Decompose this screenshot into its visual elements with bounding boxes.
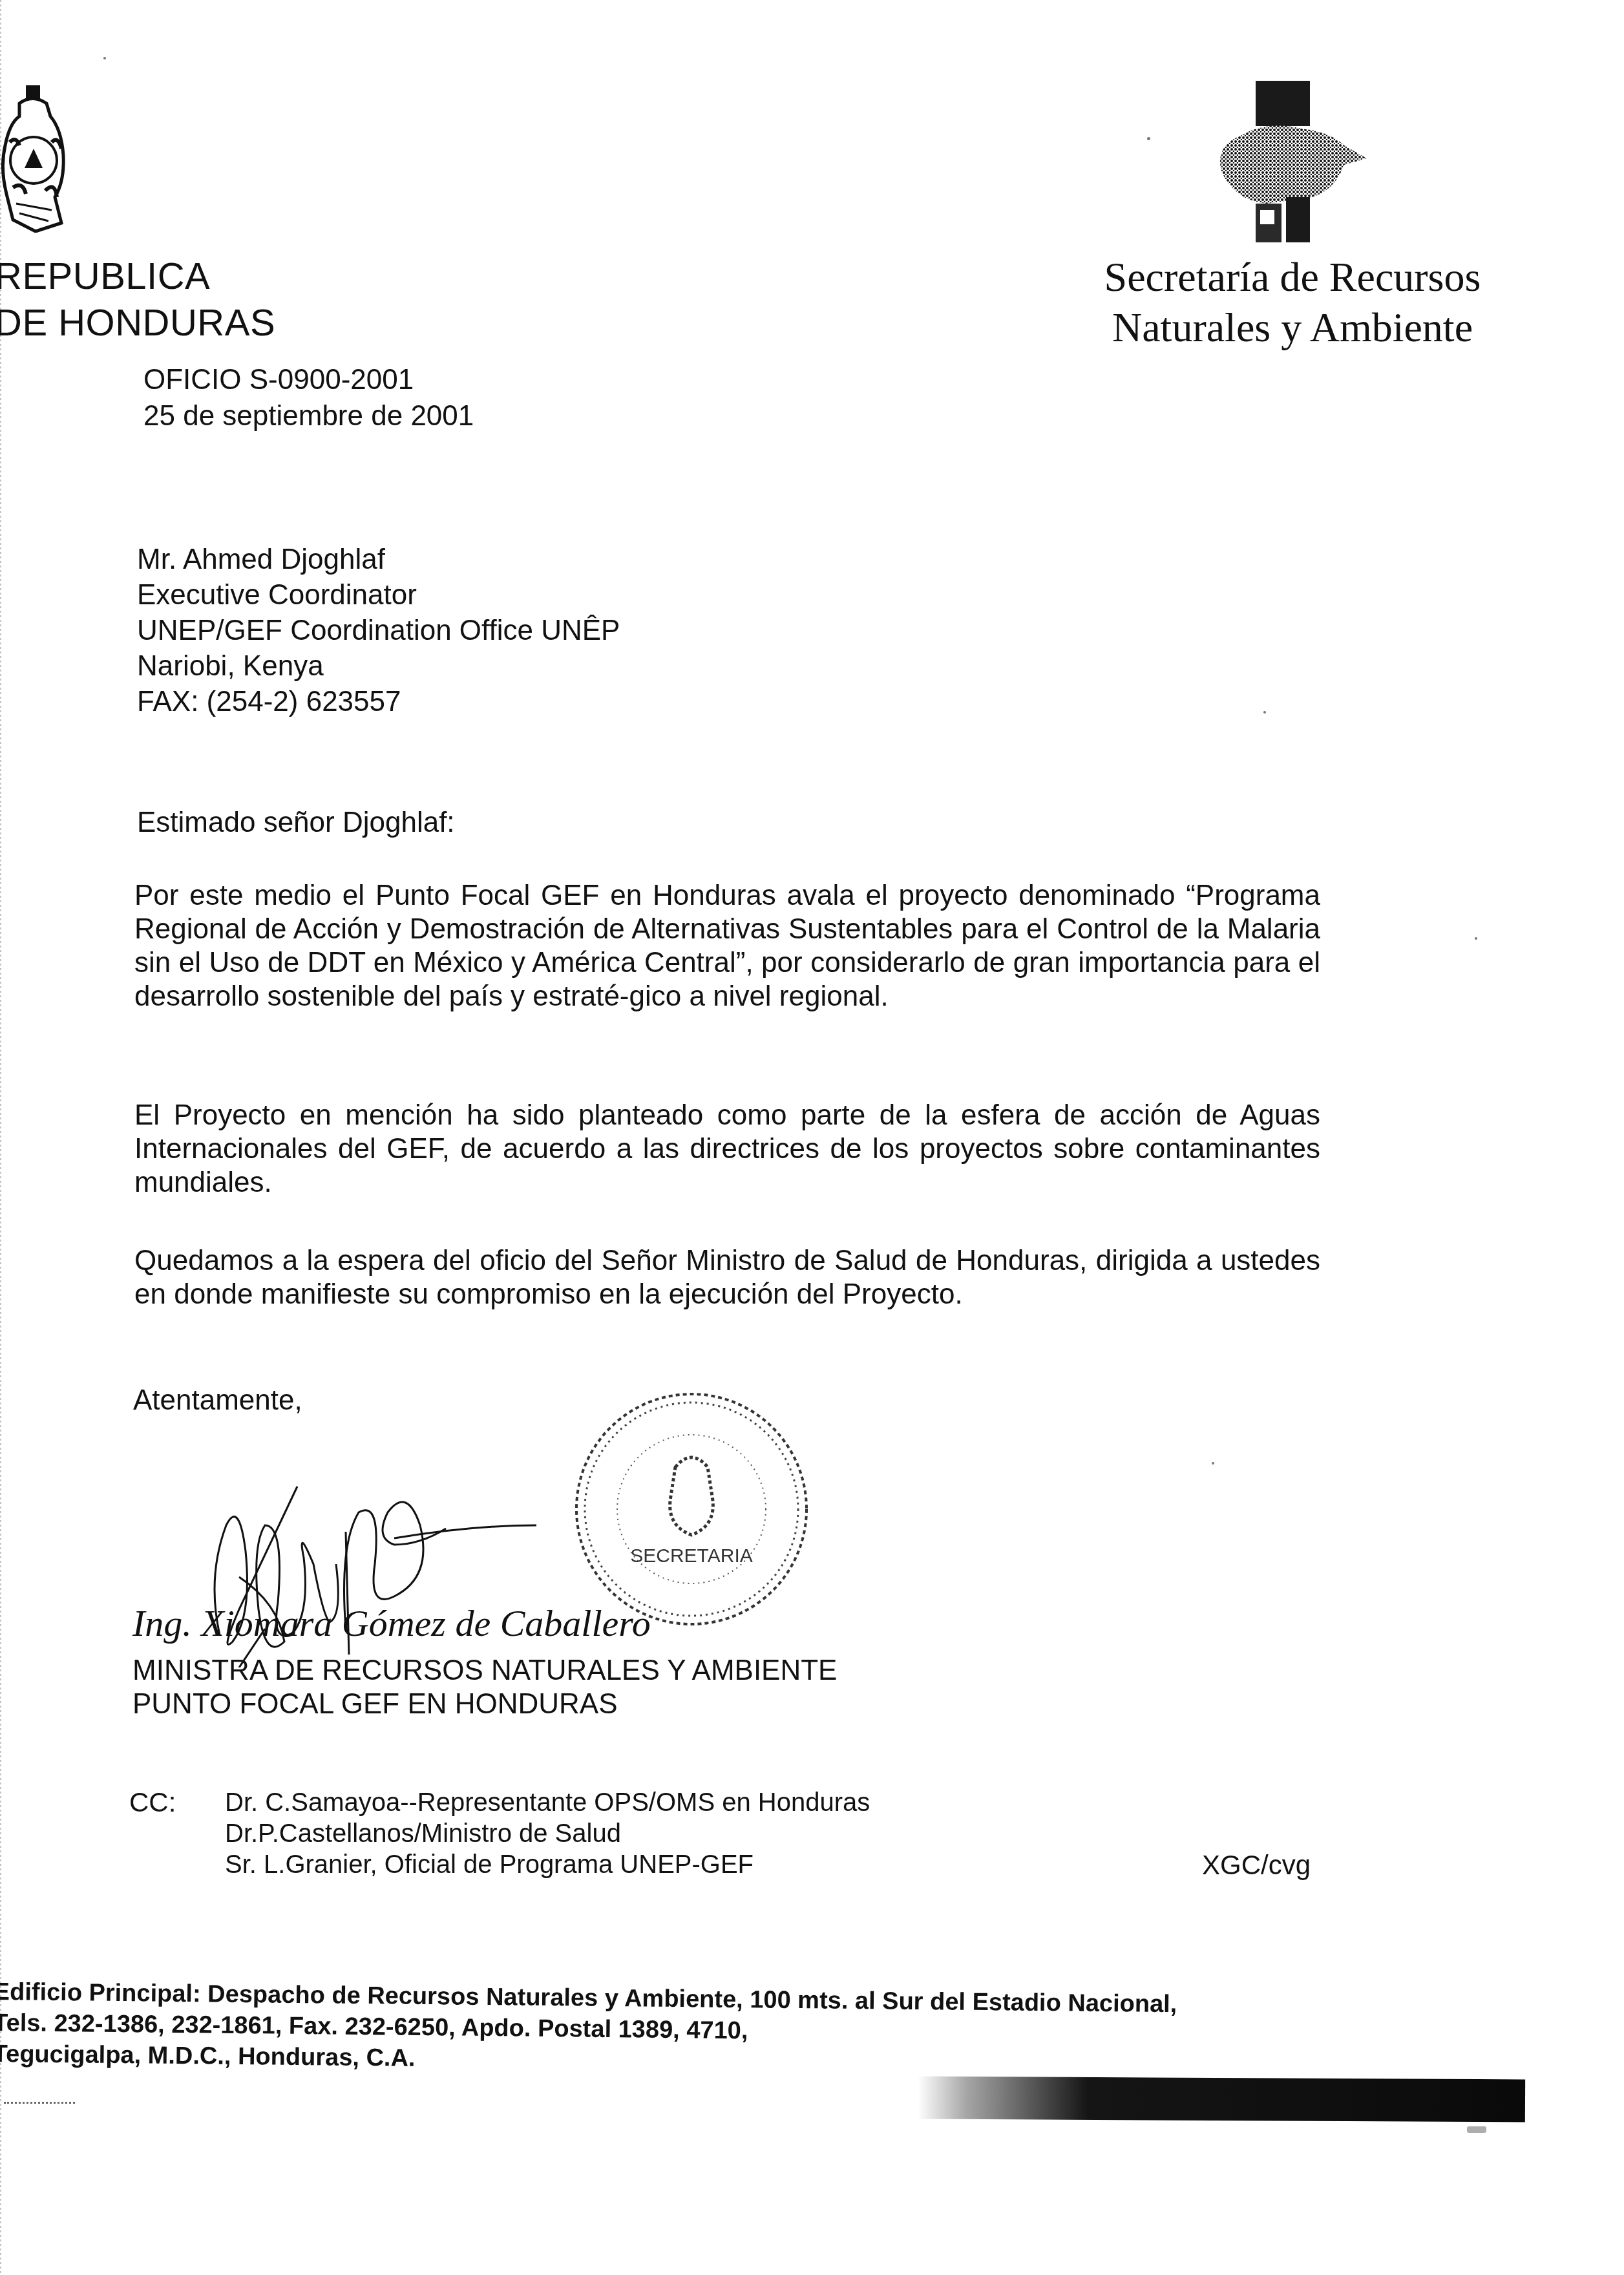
republic-line2: DE HONDURAS — [0, 300, 275, 346]
scan-speck — [1263, 711, 1266, 714]
scan-speck — [1147, 137, 1150, 140]
honduras-coat-of-arms-icon — [0, 84, 71, 233]
reference-initials: XGC/cvg — [1202, 1850, 1311, 1881]
cc-recipient: Dr.P.Castellanos/Ministro de Salud — [225, 1818, 870, 1849]
cc-recipient: Dr. C.Samayoa--Representante OPS/OMS en … — [225, 1787, 870, 1818]
body-paragraph-3: Quedamos a la espera del oficio del Seño… — [134, 1244, 1320, 1311]
scan-speck — [1212, 1462, 1214, 1465]
republic-line1: REPUBLICA — [0, 253, 275, 300]
recipient-fax: FAX: (254-2) 623557 — [137, 684, 620, 719]
recipient-city: Nariobi, Kenya — [137, 648, 620, 684]
recipient-address: Mr. Ahmed Djoghlaf Executive Coordinator… — [137, 542, 620, 719]
reference-block: OFICIO S-0900-2001 25 de septiembre de 2… — [143, 362, 474, 434]
body-paragraph-2: El Proyecto en mención ha sido planteado… — [134, 1099, 1320, 1200]
salutation: Estimado señor Djoghlaf: — [137, 807, 455, 839]
cc-label: CC: — [129, 1787, 176, 1818]
footer-address: Edificio Principal: Despacho de Recursos… — [0, 1976, 1177, 2082]
scan-speck — [103, 57, 106, 59]
cc-list: Dr. C.Samayoa--Representante OPS/OMS en … — [225, 1787, 870, 1880]
scan-speck — [1475, 937, 1477, 940]
letterhead-secretaria: Secretaría de Recursos Naturales y Ambie… — [1060, 252, 1525, 353]
secretaria-line2: Naturales y Ambiente — [1060, 302, 1525, 353]
recipient-title: Executive Coordinator — [137, 577, 620, 613]
secretaria-line1: Secretaría de Recursos — [1060, 252, 1525, 302]
oficio-number: OFICIO S-0900-2001 — [143, 362, 474, 398]
recipient-office: UNEP/GEF Coordination Office UNÊP — [137, 613, 620, 648]
letterhead-republic: REPUBLICA DE HONDURAS — [0, 253, 275, 346]
body-paragraph-1: Por este medio el Punto Focal GEF en Hon… — [134, 879, 1320, 1013]
footer-dash-artifact — [4, 2102, 75, 2104]
footer-decorative-bar — [918, 2077, 1525, 2122]
stamp-center-text: SECRETARIA — [630, 1545, 752, 1567]
tree-logo-icon — [1196, 74, 1409, 242]
recipient-name: Mr. Ahmed Djoghlaf — [137, 542, 620, 577]
letter-date: 25 de septiembre de 2001 — [143, 398, 474, 434]
closing: Atentamente, — [133, 1384, 302, 1417]
signer-name: Ing. Xiomara Gómez de Caballero — [132, 1602, 651, 1645]
scan-speck — [1467, 2126, 1486, 2133]
signer-title-line2: PUNTO FOCAL GEF EN HONDURAS — [132, 1688, 618, 1720]
cc-recipient: Sr. L.Granier, Oficial de Programa UNEP-… — [225, 1849, 870, 1880]
signer-title-line1: MINISTRA DE RECURSOS NATURALES Y AMBIENT… — [132, 1655, 837, 1687]
